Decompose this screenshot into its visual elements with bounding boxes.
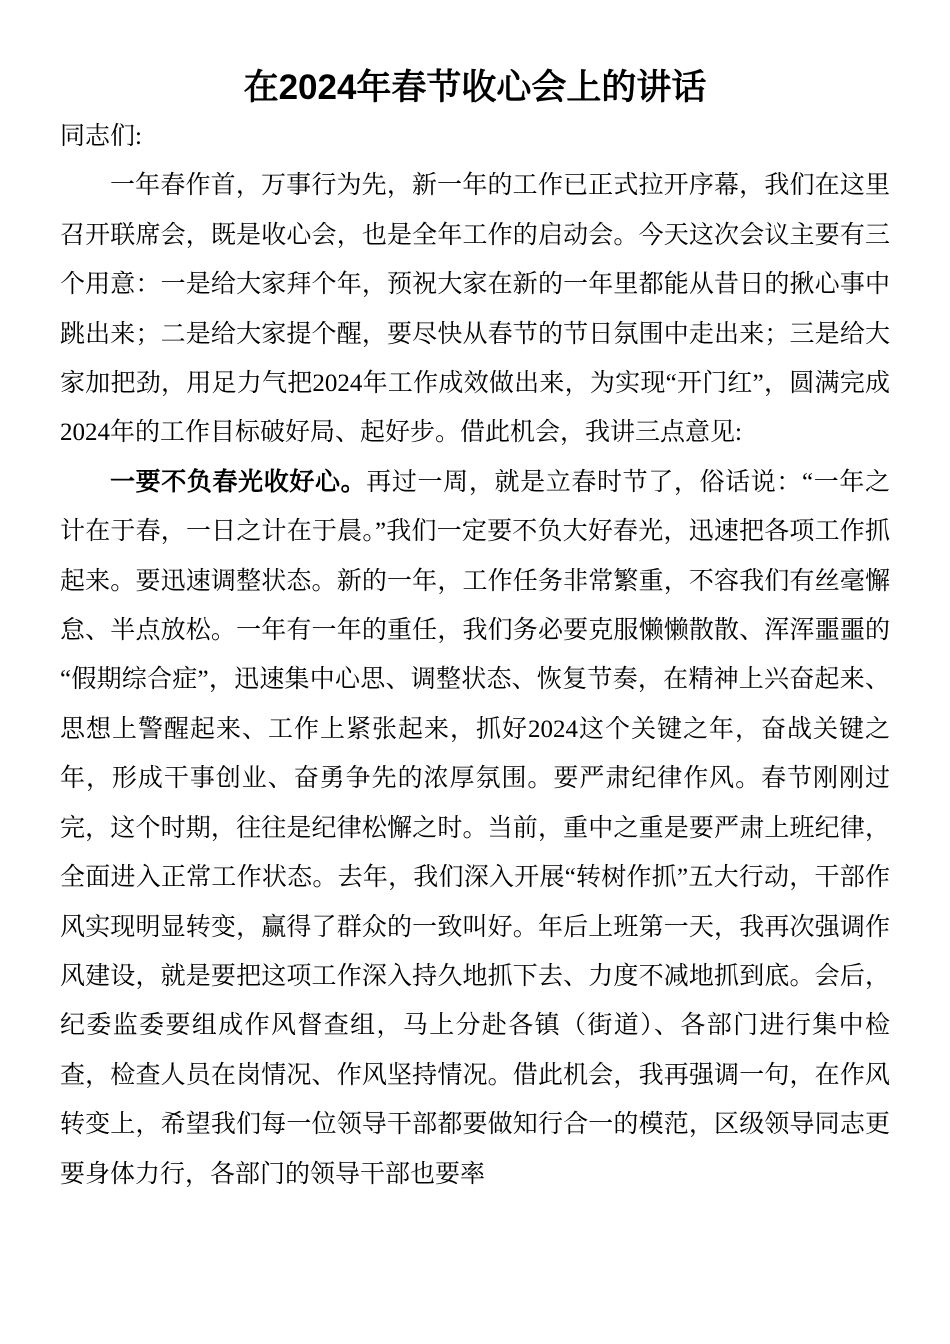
document-page: 在2024年春节收心会上的讲话 同志们: 一年春作首，万事行为先，新一年的工作已… [0,0,950,1344]
document-body: 同志们: 一年春作首，万事行为先，新一年的工作已正式拉开序幕，我们在这里召开联席… [60,112,890,1199]
salutation: 同志们: [60,112,890,161]
paragraph-intro-text: 一年春作首，万事行为先，新一年的工作已正式拉开序幕，我们在这里召开联席会，既是收… [60,172,890,446]
paragraph-point-one-text: 再过一周，就是立春时节了，俗话说：“一年之计在于春，一日之计在于晨。”我们一定要… [60,469,890,1188]
document-title: 在2024年春节收心会上的讲话 [60,64,890,112]
paragraph-intro: 一年春作首，万事行为先，新一年的工作已正式拉开序幕，我们在这里召开联席会，既是收… [60,161,890,457]
paragraph-point-one-lead: 一要不负春光收好心。 [110,469,366,496]
paragraph-point-one: 一要不负春光收好心。再过一周，就是立春时节了，俗话说：“一年之计在于春，一日之计… [60,458,890,1199]
